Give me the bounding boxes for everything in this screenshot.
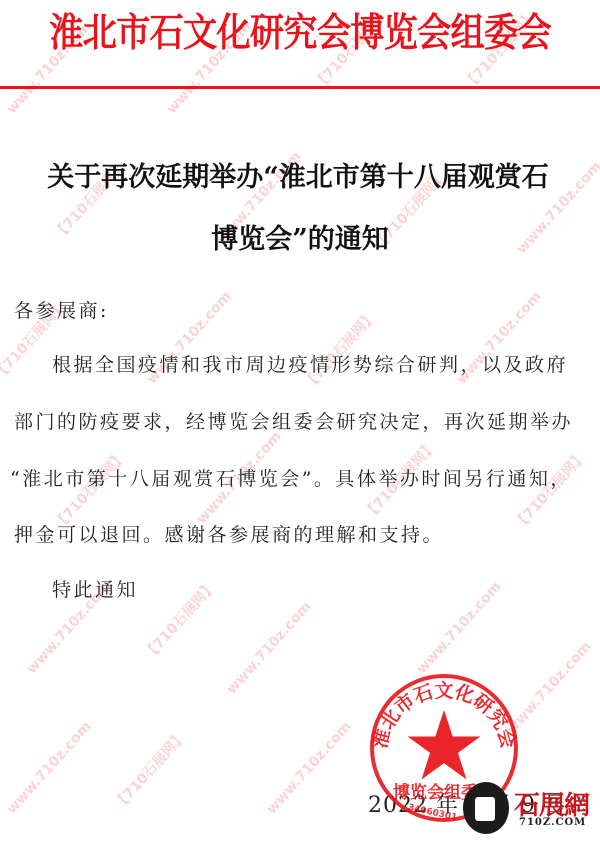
letterhead-title: 淮北市石文化研究会博览会组委会 (36, 8, 564, 58)
site-logo-icon-inner (472, 794, 498, 824)
notice-title-line-2: 博览会”的通知 (0, 222, 600, 258)
paragraph-line: 根据全国疫情和我市周边疫情形势综合研判，以及政府 (14, 350, 600, 380)
watermark-text: www.710z.com (4, 719, 95, 818)
notice-title-line-1: 关于再次延期举办“淮北市第十八届观赏石 (0, 160, 598, 196)
watermark-text: www.710z.com (224, 599, 315, 698)
watermark-text: www.710z.com (264, 719, 355, 818)
watermark-text: 【710石展网】 (109, 726, 190, 813)
site-logo-url: 710Z.COM (519, 817, 586, 828)
closing-text: 特此通知 (14, 575, 600, 605)
letterhead-divider (0, 86, 600, 89)
paragraph-line: 部门的防疫要求，经博览会组委会研究决定，再次延期举办 (14, 407, 586, 437)
paragraph-line: “淮北市第十八届观赏石博览会”。具体举办时间另行通知， (10, 464, 582, 494)
paragraph-line: 押金可以退回。感谢各参展商的理解和支持。 (14, 520, 586, 550)
salutation: 各参展商: (14, 296, 586, 326)
star-icon (408, 710, 481, 780)
